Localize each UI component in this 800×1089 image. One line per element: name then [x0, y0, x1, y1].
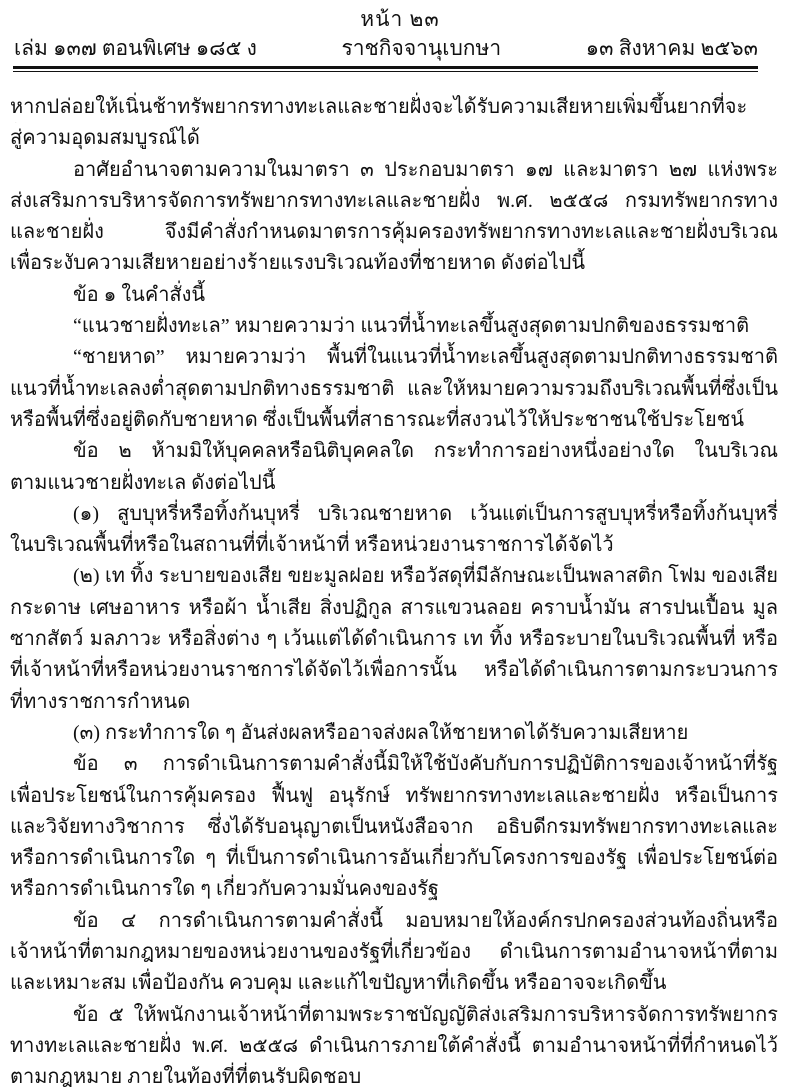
body-line: ที่ทางราชการกำหนด [10, 687, 778, 718]
definition-line: “ชายหาด” หมายความว่า พื้นที่ในแนวที่น้ำท… [10, 342, 778, 373]
body-line: ทางทะเลและชายฝั่ง พ.ศ. ๒๕๕๘ ดำเนินการภาย… [10, 1031, 778, 1062]
body-line: ตามกฎหมาย ภายในท้องที่ที่ตนรับผิดชอบ [10, 1062, 778, 1089]
body-line: เจ้าหน้าที่ตามกฎหมายของหน่วยงานของรัฐที่… [10, 937, 778, 968]
header-double-rule [13, 66, 758, 72]
clause-5-line: ข้อ ๕ ให้พนักงานเจ้าหน้าที่ตามพระราชบัญญ… [10, 1000, 778, 1031]
body-line: ตามแนวชายฝั่งทะเล ดังต่อไปนี้ [10, 468, 778, 499]
item-2-line: (๒) เท ทิ้ง ระบายของเสีย ขยะมูลฝอย หรือว… [10, 561, 778, 592]
document-body: หากปล่อยให้เนิ่นช้าทรัพยากรทางทะเลและชาย… [10, 92, 778, 1089]
body-line: หากปล่อยให้เนิ่นช้าทรัพยากรทางทะเลและชาย… [10, 92, 778, 123]
item-1-line: (๑) สูบบุหรี่หรือทิ้งก้นบุหรี่ บริเวณชาย… [10, 499, 778, 530]
body-line: ที่เจ้าหน้าที่หรือหน่วยงานราชการได้จัดไว… [10, 655, 778, 686]
clause-4-line: ข้อ ๔ การดำเนินการตามคำสั่งนี้ มอบหมายให… [10, 906, 778, 937]
body-line: และวิจัยทางวิชาการ ซึ่งได้รับอนุญาตเป็นห… [10, 812, 778, 843]
body-line: เพื่อระงับความเสียหายอย่างร้ายแรงบริเวณท… [10, 248, 778, 279]
gazette-header-row: เล่ม ๑๓๗ ตอนพิเศษ ๑๘๕ ง ราชกิจจานุเบกษา … [14, 34, 758, 62]
body-line: ในบริเวณพื้นที่หรือในสถานที่ที่เจ้าหน้าท… [10, 530, 778, 561]
clause-3-line: ข้อ ๓ การดำเนินการตามคำสั่งนี้มิให้ใช้บั… [10, 749, 778, 780]
body-line: และเหมาะสม เพื่อป้องกัน ควบคุม และแก้ไขป… [10, 968, 778, 999]
gazette-date: ๑๓ สิงหาคม ๒๕๖๓ [586, 34, 758, 62]
clause-2-line: ข้อ ๒ ห้ามมิให้บุคคลหรือนิติบุคคลใด กระท… [10, 436, 778, 467]
body-line: แนวที่น้ำทะเลลงต่ำสุดตามปกติทางธรรมชาติ … [10, 374, 778, 405]
volume-info: เล่ม ๑๓๗ ตอนพิเศษ ๑๘๕ ง [14, 34, 257, 62]
gazette-title: ราชกิจจานุเบกษา [341, 34, 501, 62]
body-line: ซากสัตว์ มลภาวะ หรือสิ่งต่าง ๆ เว้นแต่ได… [10, 624, 778, 655]
body-line: เพื่อประโยชน์ในการคุ้มครอง ฟื้นฟู อนุรัก… [10, 781, 778, 812]
body-line: สู่ความอุดมสมบูรณ์ได้ [10, 123, 778, 154]
body-line: และชายฝั่ง จึงมีคำสั่งกำหนดมาตรการคุ้มคร… [10, 217, 778, 248]
body-line: หรือการดำเนินการใด ๆ เกี่ยวกับความมั่นคง… [10, 874, 778, 905]
definition-line: “แนวชายฝั่งทะเล” หมายความว่า แนวที่น้ำทะ… [10, 311, 778, 342]
body-line: อาศัยอำนาจตามความในมาตรา ๓ ประกอบมาตรา ๑… [10, 155, 778, 186]
page-number-label: หน้า ๒๓ [0, 6, 800, 32]
body-line: หรือพื้นที่ซึ่งอยู่ติดกับชายหาด ซึ่งเป็น… [10, 405, 778, 436]
body-line: ส่งเสริมการบริหารจัดการทรัพยากรทางทะเลแล… [10, 186, 778, 217]
body-line: กระดาษ เศษอาหาร หรือผ้า น้ำเสีย สิ่งปฏิก… [10, 593, 778, 624]
body-line: หรือการดำเนินการใด ๆ ที่เป็นการดำเนินการ… [10, 843, 778, 874]
clause-1-line: ข้อ ๑ ในคำสั่งนี้ [10, 280, 778, 311]
item-3-line: (๓) กระทำการใด ๆ อันส่งผลหรืออาจส่งผลให้… [10, 718, 778, 749]
gazette-page: หน้า ๒๓ เล่ม ๑๓๗ ตอนพิเศษ ๑๘๕ ง ราชกิจจา… [0, 0, 800, 1089]
